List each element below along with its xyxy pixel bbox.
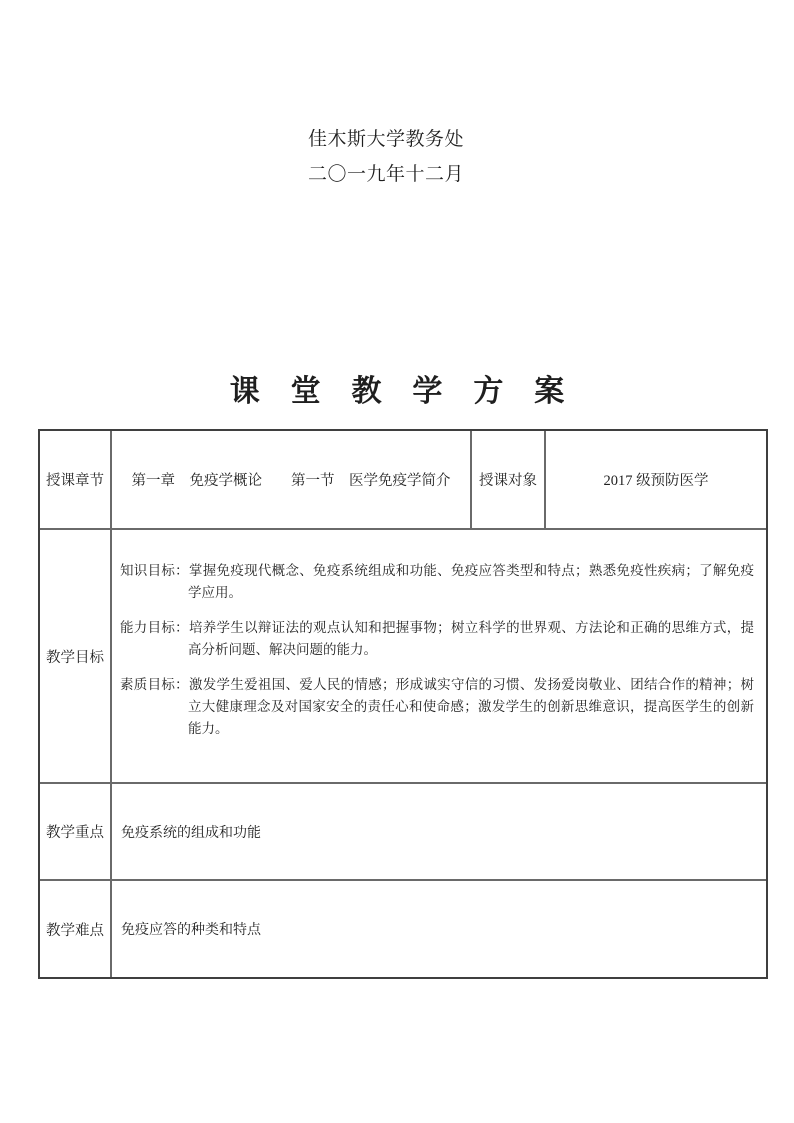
table-row-chapter: 授课章节 第一章 免疫学概论 第一节 医学免疫学简介 授课对象 2017 级预防… xyxy=(40,431,766,528)
key-point-value: 免疫系统的组成和功能 xyxy=(112,784,766,879)
chapter-label: 授课章节 xyxy=(40,431,112,528)
objectives-label: 教学目标 xyxy=(40,530,112,782)
objective-ability: 能力目标：培养学生以辩证法的观点认知和把握事物；树立科学的世界观、方法论和正确的… xyxy=(120,617,754,661)
objective-knowledge-name: 知识目标： xyxy=(120,563,189,578)
chapter-value: 第一章 免疫学概论 第一节 医学免疫学简介 xyxy=(112,431,472,528)
document-title: 课堂教学方案 xyxy=(0,366,794,410)
difficulty-value: 免疫应答的种类和特点 xyxy=(112,881,766,977)
page: { "header": { "office": "佳木斯大学教务处", "dat… xyxy=(0,0,794,1123)
objective-knowledge: 知识目标：掌握免疫现代概念、免疫系统组成和功能、免疫应答类型和特点；熟悉免疫性疾… xyxy=(120,560,754,604)
audience-label: 授课对象 xyxy=(472,431,546,528)
issuer-block: 佳木斯大学教务处 二〇一九年十二月 xyxy=(308,122,464,192)
objective-ability-text: 培养学生以辩证法的观点认知和把握事物；树立科学的世界观、方法论和正确的思维方式，… xyxy=(188,620,754,657)
issuer-date-line: 二〇一九年十二月 xyxy=(308,157,464,192)
table-row-objectives: 教学目标 知识目标：掌握免疫现代概念、免疫系统组成和功能、免疫应答类型和特点；熟… xyxy=(40,528,766,782)
objective-quality-text: 激发学生爱祖国、爱人民的情感；形成诚实守信的习惯、发扬爱岗敬业、团结合作的精神；… xyxy=(188,677,754,736)
table-row-key-point: 教学重点 免疫系统的组成和功能 xyxy=(40,782,766,879)
document-title-text: 课堂教学方案 xyxy=(230,375,595,408)
table-row-difficulty: 教学难点 免疫应答的种类和特点 xyxy=(40,879,766,977)
issuer-office-line: 佳木斯大学教务处 xyxy=(308,122,464,157)
objective-quality: 素质目标：激发学生爱祖国、爱人民的情感；形成诚实守信的习惯、发扬爱岗敬业、团结合… xyxy=(120,674,754,740)
difficulty-label: 教学难点 xyxy=(40,881,112,977)
key-point-label: 教学重点 xyxy=(40,784,112,879)
objective-ability-name: 能力目标： xyxy=(120,620,189,635)
objectives-content: 知识目标：掌握免疫现代概念、免疫系统组成和功能、免疫应答类型和特点；熟悉免疫性疾… xyxy=(112,530,766,782)
objective-quality-name: 素质目标： xyxy=(120,677,189,692)
audience-value: 2017 级预防医学 xyxy=(546,431,766,528)
teaching-plan-table: 授课章节 第一章 免疫学概论 第一节 医学免疫学简介 授课对象 2017 级预防… xyxy=(38,429,768,979)
objective-knowledge-text: 掌握免疫现代概念、免疫系统组成和功能、免疫应答类型和特点；熟悉免疫性疾病；了解免… xyxy=(188,563,754,600)
